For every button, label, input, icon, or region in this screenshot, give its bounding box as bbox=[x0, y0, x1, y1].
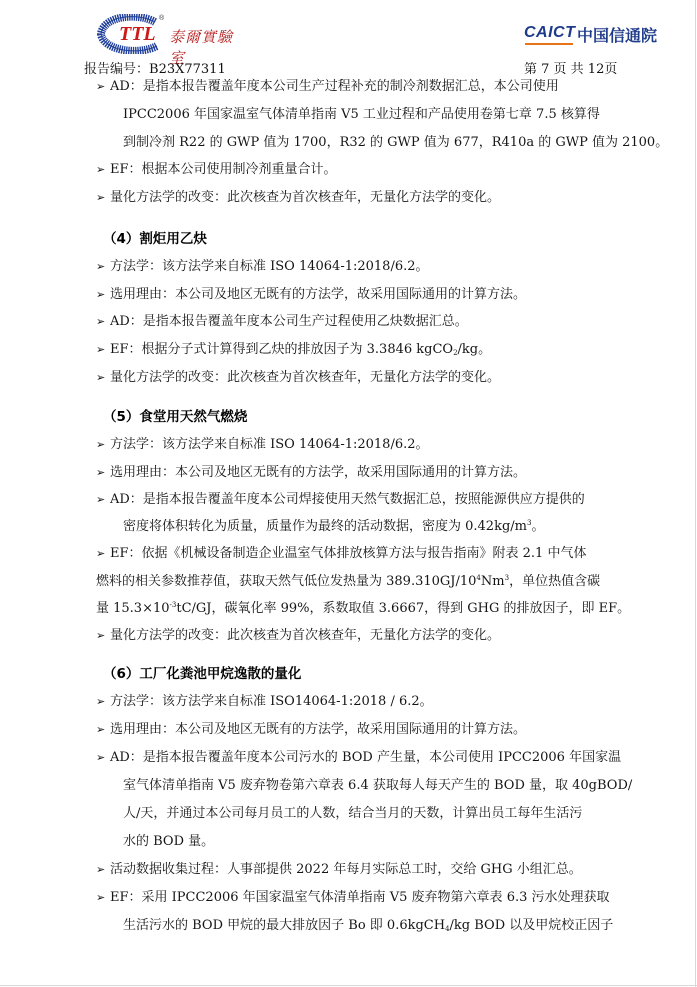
line-text: 选用理由：本公司及地区无既有的方法学，故采用国际通用的计算方法。 bbox=[110, 287, 526, 302]
section-heading: （6）工厂化粪池甲烷逸散的量化 bbox=[103, 665, 301, 683]
line-text: 水的 BOD 量。 bbox=[123, 834, 214, 849]
bullet-item: ➢方法学：该方法学来自标准 ISO14064-1:2018 / 6.2。 bbox=[96, 693, 433, 711]
line-text: 到制冷剂 R22 的 GWP 值为 1700，R32 的 GWP 值为 677，… bbox=[123, 135, 668, 150]
line-text: 密度将体积转化为质量，质量作为最终的活动数据，密度为 0.42kg/m bbox=[123, 519, 527, 534]
line-text: AD：是指本报告覆盖年度本公司焊接使用天然气数据汇总，按照能源供应方提供的 bbox=[110, 492, 585, 507]
bullet-item: ➢AD：是指本报告覆盖年度本公司焊接使用天然气数据汇总，按照能源供应方提供的 bbox=[96, 491, 585, 509]
bullet-item: ➢量化方法学的改变：此次核查为首次核查年，无量化方法学的变化。 bbox=[96, 369, 500, 387]
paragraph-continuation: 到制冷剂 R22 的 GWP 值为 1700，R32 的 GWP 值为 677，… bbox=[123, 134, 668, 152]
line-text: 量化方法学的改变：此次核查为首次核查年，无量化方法学的变化。 bbox=[110, 190, 500, 205]
ttl-logo-text: TTL bbox=[119, 23, 156, 46]
bullet-item: ➢EF：依据《机械设备制造企业温室气体排放核算方法与报告指南》附表 2.1 中气… bbox=[96, 545, 586, 563]
line-text: 生活污水的 BOD 甲烷的最大排放因子 Bo 即 0.6kgCH bbox=[123, 918, 445, 933]
bullet-item: ➢EF：根据分子式计算得到乙炔的排放因子为 3.3846 kgCO2/kg。 bbox=[96, 341, 491, 359]
line-text: 选用理由：本公司及地区无既有的方法学，故采用国际通用的计算方法。 bbox=[110, 722, 526, 737]
caict-logo-en: CAICT bbox=[524, 24, 575, 42]
bullet-item: ➢选用理由：本公司及地区无既有的方法学，故采用国际通用的计算方法。 bbox=[96, 286, 526, 304]
bullet-arrow-icon: ➢ bbox=[96, 161, 110, 179]
line-text: AD：是指本报告覆盖年度本公司生产过程使用乙炔数据汇总。 bbox=[110, 314, 468, 329]
line-text: 量化方法学的改变：此次核查为首次核查年，无量化方法学的变化。 bbox=[110, 628, 500, 643]
line-text: AD：是指本报告覆盖年度本公司生产过程补充的制冷剂数据汇总，本公司使用 bbox=[110, 79, 559, 94]
paragraph-continuation: 水的 BOD 量。 bbox=[123, 833, 214, 851]
bullet-item: ➢活动数据收集过程：人事部提供 2022 年每月实际总工时，交给 GHG 小组汇… bbox=[96, 861, 582, 879]
bullet-item: ➢量化方法学的改变：此次核查为首次核查年，无量化方法学的变化。 bbox=[96, 189, 500, 207]
line-text: 量化方法学的改变：此次核查为首次核查年，无量化方法学的变化。 bbox=[110, 370, 500, 385]
page-edge bbox=[695, 0, 696, 987]
paragraph-continuation: 人/天，并通过本公司每月员工的人数，结合当月的天数，计算出员工每年生活污 bbox=[123, 805, 582, 823]
ttl-logo: ® TTL 泰爾實驗室 bbox=[97, 14, 247, 54]
bullet-arrow-icon: ➢ bbox=[96, 545, 110, 563]
bullet-item: ➢方法学：该方法学来自标准 ISO 14064-1:2018/6.2。 bbox=[96, 436, 429, 454]
bullet-item: ➢量化方法学的改变：此次核查为首次核查年，无量化方法学的变化。 bbox=[96, 627, 500, 645]
bullet-arrow-icon: ➢ bbox=[96, 258, 110, 276]
bullet-arrow-icon: ➢ bbox=[96, 436, 110, 454]
bullet-arrow-icon: ➢ bbox=[96, 749, 110, 767]
paragraph-continuation: 密度将体积转化为质量，质量作为最终的活动数据，密度为 0.42kg/m3。 bbox=[123, 518, 544, 536]
report-number-value: B23X77311 bbox=[149, 62, 226, 77]
line-text: tC/GJ，碳氧化率 99%，系数取值 3.6667，得到 GHG 的排放因子，… bbox=[176, 601, 630, 616]
line-text: /kg BOD 以及甲烷校正因子 bbox=[450, 918, 614, 933]
bullet-arrow-icon: ➢ bbox=[96, 693, 110, 711]
paragraph-continuation: IPCC2006 年国家温室气体清单指南 V5 工业过程和产品使用卷第七章 7.… bbox=[123, 106, 600, 124]
report-number-label: 报告编号： bbox=[84, 62, 149, 77]
paragraph-continuation: 生活污水的 BOD 甲烷的最大排放因子 Bo 即 0.6kgCH4/kg BOD… bbox=[123, 917, 613, 935]
bullet-arrow-icon: ➢ bbox=[96, 464, 110, 482]
line-text: 方法学：该方法学来自标准 ISO 14064-1:2018/6.2。 bbox=[110, 259, 429, 274]
bullet-arrow-icon: ➢ bbox=[96, 369, 110, 387]
line-text: IPCC2006 年国家温室气体清单指南 V5 工业过程和产品使用卷第七章 7.… bbox=[123, 107, 600, 122]
line-text: 活动数据收集过程：人事部提供 2022 年每月实际总工时，交给 GHG 小组汇总… bbox=[110, 862, 582, 877]
section-heading: （5）食堂用天然气燃烧 bbox=[103, 408, 247, 426]
report-number: 报告编号：B23X77311 bbox=[84, 58, 226, 77]
line-text: 。 bbox=[531, 519, 544, 534]
bullet-item: ➢EF：根据本公司使用制冷剂重量合计。 bbox=[96, 161, 337, 179]
line-text: 方法学：该方法学来自标准 ISO 14064-1:2018/6.2。 bbox=[110, 437, 429, 452]
line-text: 室气体清单指南 V5 废弃物卷第六章表 6.4 获取每人每天产生的 BOD 量，… bbox=[123, 778, 632, 793]
line-text: ，单位热值含碳 bbox=[509, 574, 600, 589]
line-text: 量 15.3×10 bbox=[96, 601, 170, 616]
bullet-item: ➢AD：是指本报告覆盖年度本公司生产过程补充的制冷剂数据汇总，本公司使用 bbox=[96, 78, 559, 96]
bullet-item: ➢选用理由：本公司及地区无既有的方法学，故采用国际通用的计算方法。 bbox=[96, 721, 526, 739]
bullet-arrow-icon: ➢ bbox=[96, 286, 110, 304]
bullet-arrow-icon: ➢ bbox=[96, 341, 110, 359]
line-text: AD：是指本报告覆盖年度本公司污水的 BOD 产生量，本公司使用 IPCC200… bbox=[110, 750, 621, 765]
bullet-arrow-icon: ➢ bbox=[96, 189, 110, 207]
page-header: ® TTL 泰爾實驗室 CAICT 中国信通院 报告编号：B23X77311 第… bbox=[0, 0, 697, 78]
page-info: 第 7 页 共 12页 bbox=[524, 58, 617, 77]
paragraph-continuation: 室气体清单指南 V5 废弃物卷第六章表 6.4 获取每人每天产生的 BOD 量，… bbox=[123, 777, 632, 795]
line-text: 人/天，并通过本公司每月员工的人数，结合当月的天数，计算出员工每年生活污 bbox=[123, 806, 582, 821]
bullet-arrow-icon: ➢ bbox=[96, 861, 110, 879]
caict-underline bbox=[525, 43, 573, 45]
bullet-arrow-icon: ➢ bbox=[96, 78, 110, 96]
line-text: EF：根据分子式计算得到乙炔的排放因子为 3.3846 kgCO bbox=[110, 342, 453, 357]
paragraph-continuation: 量 15.3×10-3tC/GJ，碳氧化率 99%，系数取值 3.6667，得到… bbox=[96, 600, 630, 618]
bullet-arrow-icon: ➢ bbox=[96, 491, 110, 509]
caict-logo-cn: 中国信通院 bbox=[577, 23, 657, 46]
line-text: EF：采用 IPCC2006 年国家温室气体清单指南 V5 废弃物第六章表 6.… bbox=[110, 890, 610, 905]
bullet-arrow-icon: ➢ bbox=[96, 721, 110, 739]
line-text: /kg。 bbox=[458, 342, 492, 357]
bullet-arrow-icon: ➢ bbox=[96, 313, 110, 331]
bullet-item: ➢选用理由：本公司及地区无既有的方法学，故采用国际通用的计算方法。 bbox=[96, 464, 526, 482]
bullet-item: ➢EF：采用 IPCC2006 年国家温室气体清单指南 V5 废弃物第六章表 6… bbox=[96, 889, 610, 907]
bullet-item: ➢AD：是指本报告覆盖年度本公司污水的 BOD 产生量，本公司使用 IPCC20… bbox=[96, 749, 621, 767]
bullet-arrow-icon: ➢ bbox=[96, 889, 110, 907]
line-text: Nm bbox=[481, 574, 505, 589]
line-text: 选用理由：本公司及地区无既有的方法学，故采用国际通用的计算方法。 bbox=[110, 465, 526, 480]
section-heading: （4）割炬用乙炔 bbox=[103, 230, 207, 248]
bullet-arrow-icon: ➢ bbox=[96, 627, 110, 645]
line-text: 燃料的相关参数推荐值，获取天然气低位发热量为 389.310GJ/10 bbox=[96, 574, 476, 589]
paragraph-continuation: 燃料的相关参数推荐值，获取天然气低位发热量为 389.310GJ/104Nm3，… bbox=[96, 573, 600, 591]
line-text: 方法学：该方法学来自标准 ISO14064-1:2018 / 6.2。 bbox=[110, 694, 433, 709]
bullet-item: ➢AD：是指本报告覆盖年度本公司生产过程使用乙炔数据汇总。 bbox=[96, 313, 468, 331]
bullet-item: ➢方法学：该方法学来自标准 ISO 14064-1:2018/6.2。 bbox=[96, 258, 429, 276]
line-text: EF：根据本公司使用制冷剂重量合计。 bbox=[110, 162, 337, 177]
line-text: EF：依据《机械设备制造企业温室气体排放核算方法与报告指南》附表 2.1 中气体 bbox=[110, 546, 586, 561]
registered-mark: ® bbox=[159, 15, 164, 22]
page-edge bbox=[0, 985, 697, 986]
